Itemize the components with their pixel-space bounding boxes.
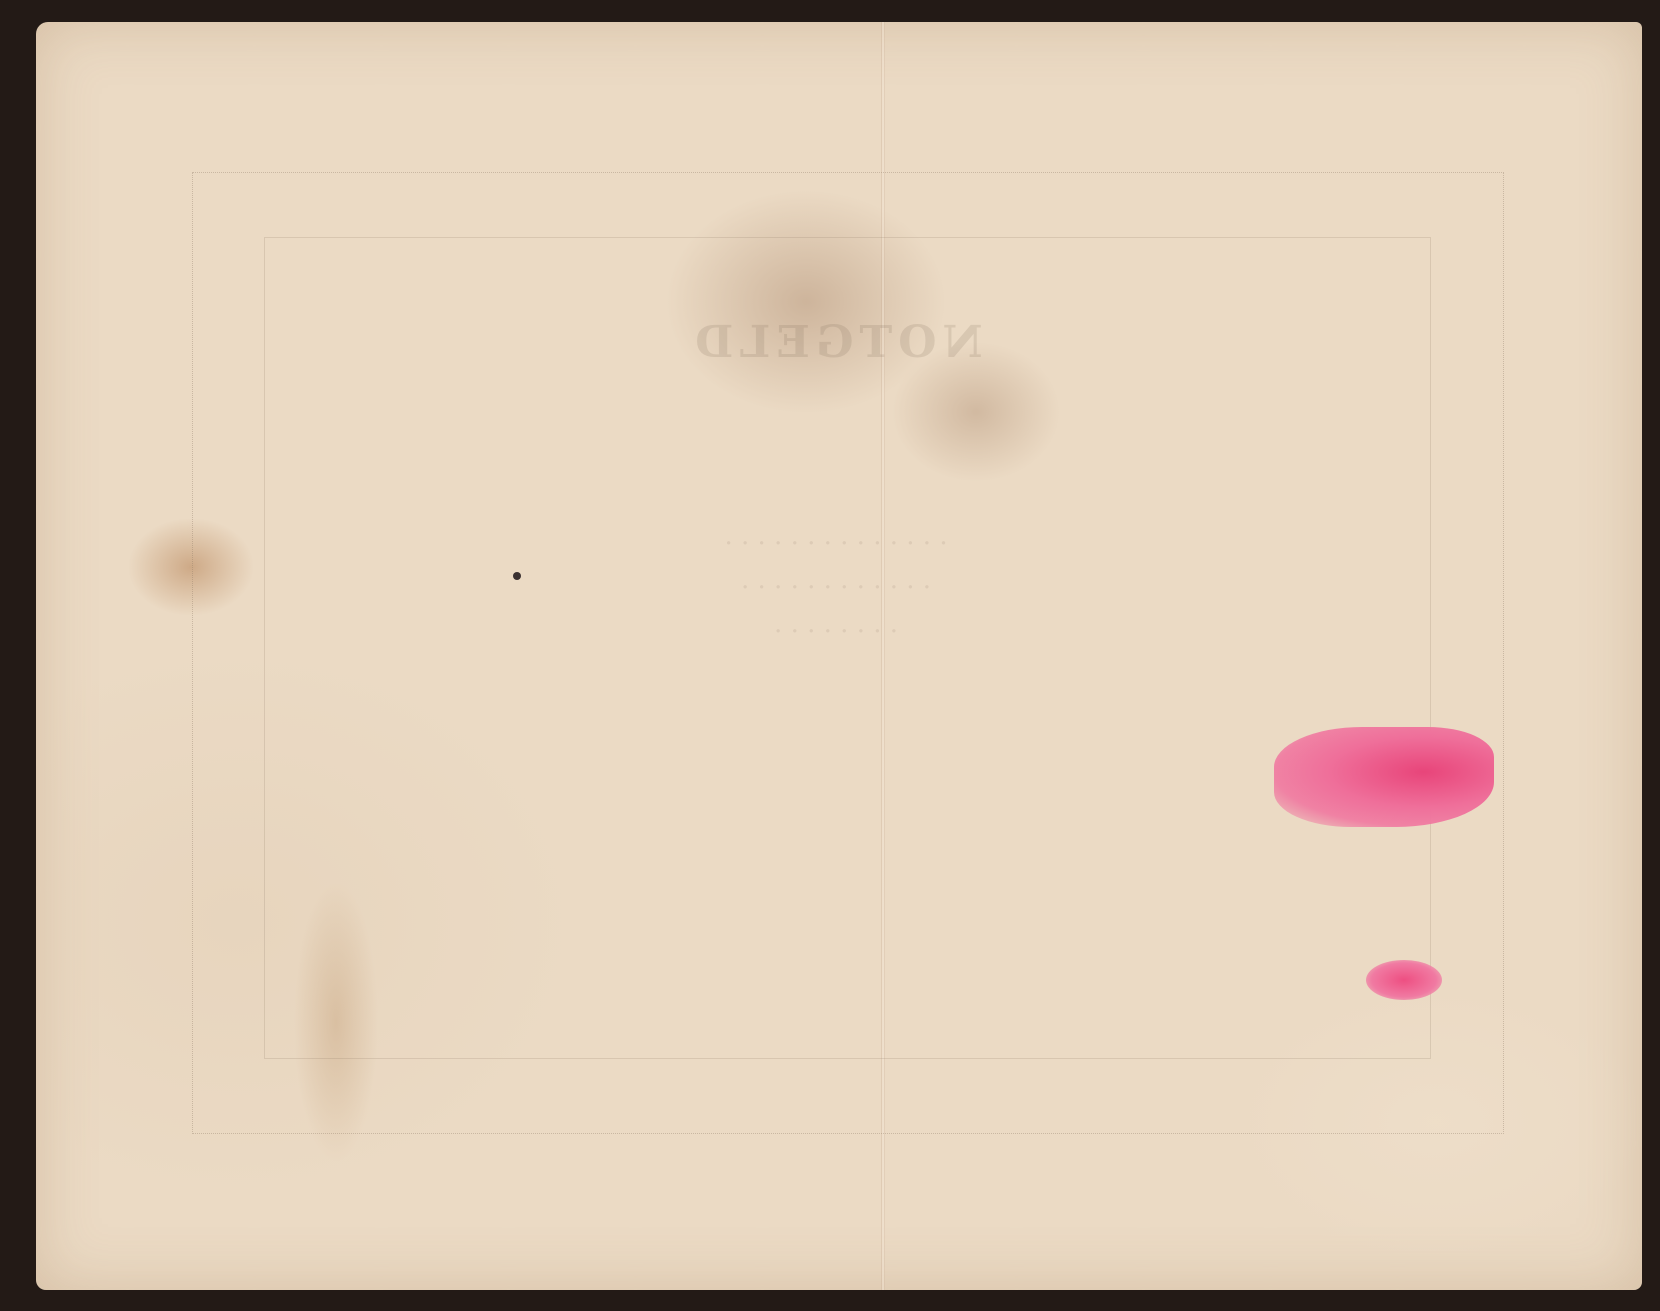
paper-note: NOTGELD · · · · · · · · · · · · · · · · …: [36, 22, 1642, 1290]
mirrored-line: · · · · · · · · · · · · · ·: [336, 522, 1336, 566]
mirrored-line: · · · · · · · ·: [336, 610, 1336, 654]
mirrored-text: · · · · · · · · · · · · · · · · · · · · …: [336, 522, 1336, 654]
ink-dot: [513, 572, 521, 580]
pink-ink-stain: [1274, 727, 1494, 827]
mirrored-line: · · · · · · · · · · · ·: [336, 566, 1336, 610]
pink-ink-spot: [1366, 960, 1442, 1000]
mirrored-title: NOTGELD: [336, 317, 1336, 368]
